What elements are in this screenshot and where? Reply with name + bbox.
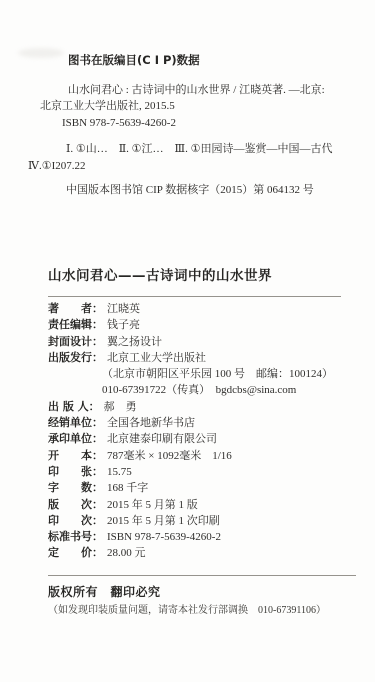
row-value: 2015 年 5 月第 1 版	[107, 499, 198, 511]
row-word-count: 字 数：168 千字	[48, 480, 363, 496]
divider-top	[48, 296, 341, 297]
row-label: 出版发行：	[48, 351, 103, 364]
cip-block: 图书在版编目(C I P)数据 山水问君心 : 古诗词中的山水世界 / 江晓英著…	[28, 52, 358, 199]
row-value: 28.00 元	[107, 547, 146, 559]
row-sheets: 印 张：15.75	[48, 464, 363, 480]
row-publisher-person: 出 版 人：郝 勇	[48, 399, 363, 415]
row-value: 钱子亮	[107, 319, 140, 331]
row-value: 翼之扬设计	[107, 336, 162, 348]
cip-entry-line1: 山水问君心 : 古诗词中的山水世界 / 江晓英著. —北京:	[28, 82, 358, 99]
cip-entry-line2: 北京工业大学出版社, 2015.5	[28, 98, 358, 115]
book-title: 山水问君心——古诗词中的山水世界	[48, 264, 358, 284]
row-cover-design: 封面设计：翼之扬设计	[48, 334, 363, 350]
cip-record-number: 中国版本图书馆 CIP 数据核字（2015）第 064132 号	[28, 182, 358, 199]
cip-classification-line1: Ⅰ. ①山… Ⅱ. ①江… Ⅲ. ①田园诗—鉴赏—中国—古代	[28, 141, 358, 158]
row-value: 2015 年 5 月第 1 次印刷	[107, 515, 220, 527]
row-value: 江晓英	[107, 303, 140, 315]
row-value: 787毫米 × 1092毫米 1/16	[107, 450, 232, 462]
row-value: 168 千字	[107, 482, 148, 494]
cip-isbn: ISBN 978-7-5639-4260-2	[28, 115, 358, 132]
row-author: 著 者：江晓英	[48, 301, 363, 317]
row-value: 15.75	[107, 466, 132, 478]
row-distributor: 经销单位：全国各地新华书店	[48, 415, 363, 431]
row-publisher: 出版发行：北京工业大学出版社	[48, 350, 363, 366]
row-editor: 责任编辑：钱子亮	[48, 317, 363, 333]
row-value: 北京工业大学出版社	[107, 352, 206, 364]
row-label: 经销单位：	[48, 416, 103, 429]
row-printer: 承印单位：北京建泰印刷有限公司	[48, 431, 363, 447]
row-label: 封面设计：	[48, 335, 103, 348]
row-label: 责任编辑：	[48, 318, 103, 331]
row-format: 开 本：787毫米 × 1092毫米 1/16	[48, 448, 363, 464]
row-label: 印 张：	[48, 465, 103, 478]
cip-heading: 图书在版编目(C I P)数据	[28, 52, 358, 69]
row-label: 版 次：	[48, 498, 103, 511]
cip-classification-line2: Ⅳ.①I207.22	[28, 158, 358, 175]
publisher-address: （北京市朝阳区平乐园 100 号 邮编：100124）	[48, 366, 363, 382]
row-value: 郝 勇	[104, 401, 137, 413]
copyright-page: 图书在版编目(C I P)数据 山水问君心 : 古诗词中的山水世界 / 江晓英著…	[0, 0, 375, 682]
row-label: 字 数：	[48, 481, 103, 494]
row-price: 定 价：28.00 元	[48, 545, 363, 561]
row-label: 标准书号：	[48, 530, 103, 543]
row-label: 印 次：	[48, 514, 103, 527]
row-edition: 版 次：2015 年 5 月第 1 版	[48, 497, 363, 513]
row-label: 开 本：	[48, 449, 103, 462]
row-standard-isbn: 标准书号：ISBN 978-7-5639-4260-2	[48, 529, 363, 545]
row-value: 全国各地新华书店	[107, 417, 195, 429]
row-label: 定 价：	[48, 546, 103, 559]
copyright-notice: 版权所有 翻印必究	[48, 583, 161, 600]
row-label: 出 版 人：	[48, 400, 100, 413]
quality-issue-note: （如发现印装质量问题，请寄本社发行部调换 010-67391106）	[48, 601, 348, 616]
row-label: 承印单位：	[48, 432, 103, 445]
row-value: ISBN 978-7-5639-4260-2	[107, 531, 221, 543]
row-impression: 印 次：2015 年 5 月第 1 次印刷	[48, 513, 363, 529]
colophon: 著 者：江晓英 责任编辑：钱子亮 封面设计：翼之扬设计 出版发行：北京工业大学出…	[48, 301, 363, 562]
divider-bottom	[48, 575, 356, 576]
row-value: 北京建泰印刷有限公司	[107, 433, 217, 445]
row-label: 著 者：	[48, 302, 103, 315]
publisher-phone-email: 010-67391722（传真） bgdcbs@sina.com	[48, 382, 363, 398]
